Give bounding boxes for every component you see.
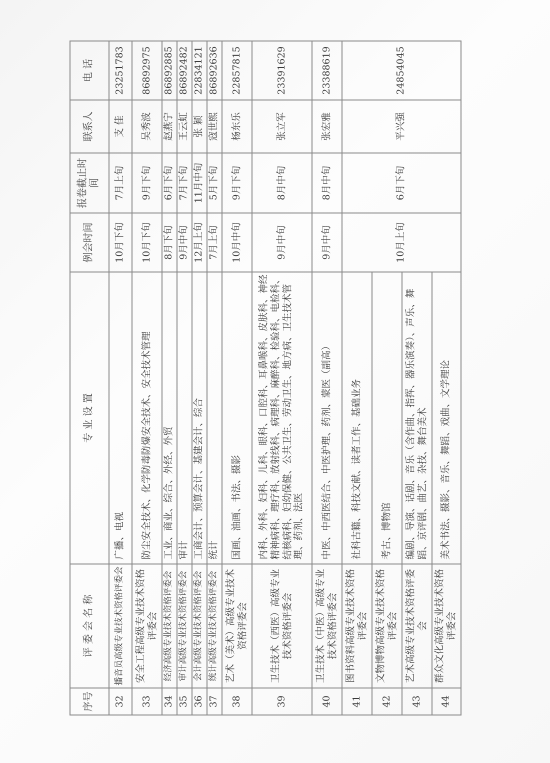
committee-name: 图书资料高级专业技术资格评委会 [342,564,372,688]
deadline-merged: 6月下旬 [342,153,461,213]
row-no: 34 [162,688,177,715]
committee-name: 播音员高级专业技术资格评委会 [109,564,132,688]
specialty: 国画、油画、书法、摄影 [222,272,252,564]
table-row: 34 经济高级专业技术资格评委会 工业、商业、综合、外经、外贸 8月下旬 6月下… [162,41,177,715]
specialty: 广播、电视 [109,272,132,564]
row-no: 43 [402,688,432,715]
deadline: 8月中旬 [252,153,312,213]
row-no: 39 [252,688,312,715]
specialty: 内科、外科、妇科、儿科、眼科、口腔科、耳鼻喉科、皮肤科、神经精神病科、理疗科、放… [252,272,312,564]
specialty: 考古、博物馆 [372,272,402,564]
meeting-time: 10月下旬 [109,213,132,272]
specialty: 审计 [177,272,192,564]
row-no: 38 [222,688,252,715]
phone: 86892636 [207,41,222,100]
contact-merged: 平兴强 [342,100,461,153]
meeting-time: 9月中旬 [177,213,192,272]
deadline: 8月中旬 [312,153,342,213]
contact: 吴秀波 [132,100,162,153]
header-name: 评 委 会 名 称 [70,564,109,688]
contact: 支 佳 [109,100,132,153]
meeting-time: 12月上旬 [192,213,207,272]
contact: 张立军 [252,100,312,153]
contact: 王云虹 [177,100,192,153]
deadline: 7月上旬 [109,153,132,213]
table-row: 33 安全工程高级专业技术资格评委会 防尘安全技术、化学防毒防爆安全技术、安全技… [132,41,162,715]
committee-name: 群众文化高级专业技术资格评委会 [432,564,461,688]
committee-name: 统计高级专业技术资格评委会 [207,564,222,688]
specialty: 美术书法、摄影、音乐、舞蹈、戏曲、文学理论 [432,272,461,564]
deadline: 6月下旬 [162,153,177,213]
row-no: 33 [132,688,162,715]
deadline: 5月下旬 [207,153,222,213]
deadline: 9月下旬 [222,153,252,213]
contact: 张宏雅 [312,100,342,153]
meeting-time: 10月下旬 [132,213,162,272]
contact: 杨东乐 [222,100,252,153]
table-row: 41 图书资料高级专业技术资格评委会 社科古籍、科技文献、读者工作、基础业务 1… [342,41,372,715]
committee-name: 卫生技术（西医）高级专业技术资格评委会 [252,564,312,688]
specialty: 工业、商业、综合、外经、外贸 [162,272,177,564]
header-specialty: 专 业 设 置 [70,272,109,564]
header-phone: 电 话 [70,41,109,100]
committee-name: 卫生技术（中医）高级专业技术资格评委会 [312,564,342,688]
table-header-row: 序号 评 委 会 名 称 专 业 设 置 例会时间 报卷截止时间 联系人 电 话 [70,41,109,715]
phone-merged: 24854045 [342,41,461,100]
row-no: 42 [372,688,402,715]
evaluation-committee-table: 序号 评 委 会 名 称 专 业 设 置 例会时间 报卷截止时间 联系人 电 话… [69,40,461,715]
table-row: 40 卫生技术（中医）高级专业技术资格评委会 中医、中西医结合、中医护理、药剂、… [312,41,342,715]
table-row: 38 艺术（美术）高级专业技术资格评委会 国画、油画、书法、摄影 10月中旬 9… [222,41,252,715]
row-no: 40 [312,688,342,715]
phone: 23388619 [312,41,342,100]
row-no: 36 [192,688,207,715]
committee-name: 审计高级专业技术资格评委会 [177,564,192,688]
header-deadline: 报卷截止时间 [70,153,109,213]
phone: 86892885 [162,41,177,100]
specialty: 编剧、导演、话剧、音乐（含作曲、指挥、器乐演奏）、声乐、舞蹈、京评剧、曲艺、杂技… [402,272,432,564]
phone: 22857815 [222,41,252,100]
committee-name: 文物博物高级专业技术资格评委会 [372,564,402,688]
phone: 86892975 [132,41,162,100]
meeting-time: 7月上旬 [207,213,222,272]
specialty: 社科古籍、科技文献、读者工作、基础业务 [342,272,372,564]
meeting-time: 10月中旬 [222,213,252,272]
contact: 寇世熙 [207,100,222,153]
table-row: 39 卫生技术（西医）高级专业技术资格评委会 内科、外科、妇科、儿科、眼科、口腔… [252,41,312,715]
rotated-table-container: 序号 评 委 会 名 称 专 业 设 置 例会时间 报卷截止时间 联系人 电 话… [69,41,460,715]
specialty: 防尘安全技术、化学防毒防爆安全技术、安全技术管理 [132,272,162,564]
table-row: 32 播音员高级专业技术资格评委会 广播、电视 10月下旬 7月上旬 支 佳 2… [109,41,132,715]
meeting-time: 9月中旬 [312,213,342,272]
committee-name: 会计高级专业技术资格评委会 [192,564,207,688]
header-no: 序号 [70,688,109,715]
header-meeting: 例会时间 [70,213,109,272]
committee-name: 艺术高级专业技术资格评委会 [402,564,432,688]
table-row: 37 统计高级专业技术资格评委会 统计 7月上旬 5月下旬 寇世熙 868926… [207,41,222,715]
row-no: 32 [109,688,132,715]
phone: 23251783 [109,41,132,100]
specialty: 中医、中西医结合、中医护理、药剂、蒙医（副高） [312,272,342,564]
committee-name: 经济高级专业技术资格评委会 [162,564,177,688]
committee-name: 艺术（美术）高级专业技术资格评委会 [222,564,252,688]
phone: 86892482 [177,41,192,100]
committee-name: 安全工程高级专业技术资格评委会 [132,564,162,688]
deadline: 9月下旬 [132,153,162,213]
header-contact: 联系人 [70,100,109,153]
meeting-time: 8月下旬 [162,213,177,272]
phone: 22834121 [192,41,207,100]
row-no: 41 [342,688,372,715]
contact: 赵燕宁 [162,100,177,153]
row-no: 44 [432,688,461,715]
phone: 23391629 [252,41,312,100]
specialty: 统计 [207,272,222,564]
table-row: 36 会计高级专业技术资格评委会 工商会计、预算会计、基建会计、综合 12月上旬… [192,41,207,715]
row-no: 37 [207,688,222,715]
specialty: 工商会计、预算会计、基建会计、综合 [192,272,207,564]
deadline: 7月下旬 [177,153,192,213]
table-row: 35 审计高级专业技术资格评委会 审计 9月中旬 7月下旬 王云虹 868924… [177,41,192,715]
contact: 张 颖 [192,100,207,153]
row-no: 35 [177,688,192,715]
deadline: 11月中旬 [192,153,207,213]
meeting-time-merged: 10月上旬 [342,213,461,272]
meeting-time: 9月中旬 [252,213,312,272]
